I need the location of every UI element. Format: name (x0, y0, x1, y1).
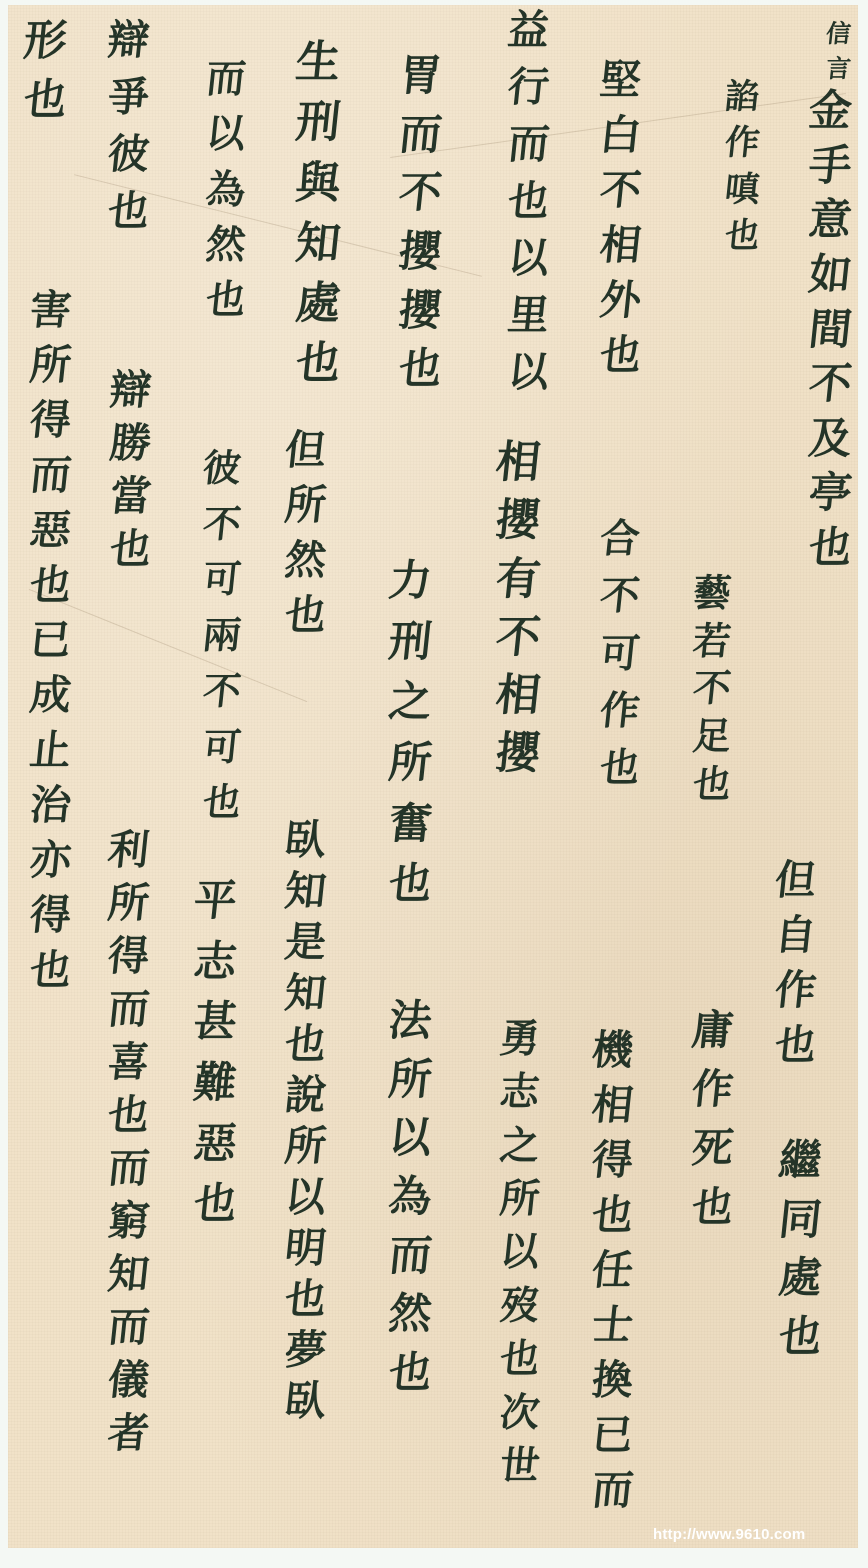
calligraphy-column: 藝若不足也 (689, 575, 735, 814)
calligraphy-character: 以 (505, 238, 550, 279)
calligraphy-character: 得 (27, 400, 72, 441)
calligraphy-column: 繼同處也 (774, 1140, 826, 1375)
calligraphy-character: 自 (772, 915, 817, 956)
calligraphy-character: 處 (776, 1257, 823, 1300)
calligraphy-character: 不 (598, 577, 641, 616)
calligraphy-column: 但所然也 (280, 430, 330, 650)
calligraphy-character: 形 (21, 20, 68, 63)
calligraphy-character: 儀 (105, 1360, 150, 1401)
calligraphy-character: 之 (386, 681, 433, 724)
calligraphy-character: 所 (282, 1126, 327, 1167)
calligraphy-character: 窮 (105, 1201, 150, 1242)
calligraphy-character: 而 (105, 1307, 150, 1348)
calligraphy-character: 利 (105, 830, 150, 871)
calligraphy-character: 也 (589, 1195, 634, 1236)
calligraphy-character: 不 (494, 615, 543, 659)
calligraphy-character: 益 (505, 10, 550, 51)
calligraphy-character: 金 (806, 90, 853, 133)
calligraphy-character: 知 (105, 1254, 150, 1295)
calligraphy-character: 也 (27, 565, 72, 606)
calligraphy-character: 知 (282, 871, 327, 912)
calligraphy-character: 而 (505, 124, 550, 165)
calligraphy-column: 辯勝當也 (105, 370, 155, 582)
calligraphy-column: 但自作也 (770, 860, 820, 1080)
calligraphy-character: 也 (505, 181, 550, 222)
calligraphy-character: 作 (723, 126, 761, 160)
calligraphy-character: 得 (589, 1140, 634, 1181)
calligraphy-column: 勇志之所以歿也次世 (496, 1020, 544, 1500)
calligraphy-character: 相 (494, 440, 543, 484)
calligraphy-character: 然 (386, 1293, 433, 1336)
calligraphy-character: 亭 (806, 472, 853, 515)
calligraphy-character: 惡 (27, 510, 72, 551)
calligraphy-character: 彼 (201, 450, 243, 488)
calligraphy-character: 也 (806, 527, 853, 570)
calligraphy-character: 可 (201, 729, 243, 767)
calligraphy-character: 以 (282, 1177, 327, 1218)
calligraphy-character: 外 (597, 280, 642, 321)
calligraphy-character: 奮 (386, 803, 433, 846)
calligraphy-character: 得 (27, 895, 72, 936)
calligraphy-character: 不 (201, 506, 243, 544)
calligraphy-character: 然 (282, 540, 327, 581)
calligraphy-character: 也 (396, 348, 443, 391)
calligraphy-character: 當 (107, 476, 152, 517)
calligraphy-character: 不 (806, 363, 853, 406)
calligraphy-character: 也 (105, 1095, 150, 1136)
calligraphy-character: 夢 (282, 1330, 327, 1371)
calligraphy-character: 已 (589, 1415, 634, 1456)
calligraphy-character: 手 (806, 145, 853, 188)
calligraphy-character: 成 (27, 675, 72, 716)
calligraphy-character: 任 (589, 1250, 634, 1291)
calligraphy-character: 也 (386, 1352, 433, 1395)
calligraphy-column: 利所得而喜也而窮知而儀者 (103, 830, 153, 1466)
calligraphy-character: 甚 (191, 1001, 238, 1044)
calligraphy-character: 也 (282, 1024, 327, 1065)
calligraphy-character: 者 (105, 1413, 150, 1454)
calligraphy-character: 而 (105, 1148, 150, 1189)
calligraphy-character: 以 (498, 1233, 541, 1272)
calligraphy-character: 也 (27, 950, 72, 991)
calligraphy-character: 作 (689, 1069, 734, 1110)
calligraphy-character: 辯 (107, 370, 152, 411)
calligraphy-character: 信 (824, 22, 851, 47)
calligraphy-character: 刑 (386, 621, 433, 664)
calligraphy-character: 所 (498, 1180, 541, 1219)
calligraphy-character: 言 (824, 57, 851, 82)
calligraphy-character: 藝 (691, 575, 733, 613)
calligraphy-character: 勇 (498, 1020, 541, 1059)
calligraphy-character: 也 (282, 1279, 327, 1320)
calligraphy-column: 信言 (823, 22, 853, 91)
calligraphy-column: 而以為然也 (202, 60, 250, 337)
calligraphy-character: 也 (105, 191, 150, 232)
calligraphy-column: 諂作嗔也 (721, 80, 763, 266)
watermark-url: http://www.9610.com (653, 1526, 805, 1543)
calligraphy-character: 胃 (396, 55, 443, 98)
calligraphy-character: 也 (201, 784, 243, 822)
calligraphy-character: 處 (294, 281, 343, 325)
calligraphy-character: 同 (776, 1199, 823, 1242)
calligraphy-character: 明 (282, 1228, 327, 1269)
calligraphy-character: 生 (294, 40, 343, 84)
calligraphy-character: 然 (204, 226, 247, 265)
calligraphy-character: 而 (204, 60, 247, 99)
calligraphy-character: 亦 (27, 840, 72, 881)
calligraphy-character: 換 (589, 1360, 634, 1401)
calligraphy-character: 志 (191, 941, 238, 984)
calligraphy-character: 但 (772, 860, 817, 901)
calligraphy-character: 可 (201, 561, 243, 599)
calligraphy-character: 攖 (494, 498, 543, 542)
calligraphy-character: 相 (494, 673, 543, 717)
calligraphy-character: 有 (494, 557, 543, 601)
calligraphy-character: 也 (598, 749, 641, 788)
calligraphy-character: 喜 (105, 1042, 150, 1083)
calligraphy-character: 以 (386, 1117, 433, 1160)
calligraphy-character: 歿 (498, 1287, 541, 1326)
calligraphy-column: 彼不可兩不可也 (199, 450, 245, 840)
calligraphy-character: 不 (396, 172, 443, 215)
calligraphy-column: 合不可作也 (596, 520, 644, 807)
calligraphy-character: 諂 (723, 80, 761, 114)
calligraphy-character: 與 (294, 161, 343, 205)
calligraphy-character: 所 (27, 345, 72, 386)
calligraphy-character: 不 (597, 170, 642, 211)
calligraphy-character: 作 (598, 692, 641, 731)
calligraphy-character: 及 (806, 418, 853, 461)
calligraphy-column: 生刑與知處也 (291, 40, 345, 402)
calligraphy-character: 所 (282, 485, 327, 526)
calligraphy-character: 辯 (105, 20, 150, 61)
calligraphy-character: 也 (597, 335, 642, 376)
calligraphy-column: 害所得而惡也已成止治亦得也 (25, 290, 75, 1005)
calligraphy-character: 難 (191, 1062, 238, 1105)
calligraphy-character: 可 (598, 635, 641, 674)
calligraphy-character: 刑 (294, 100, 343, 144)
calligraphy-column: 辯爭彼也 (103, 20, 153, 248)
calligraphy-column: 機相得也任士換已而 (587, 1030, 637, 1525)
calligraphy-character: 害 (27, 290, 72, 331)
calligraphy-column: 法所以為而然也 (384, 1000, 436, 1410)
calligraphy-character: 也 (691, 766, 733, 804)
calligraphy-character: 止 (27, 730, 72, 771)
calligraphy-character: 攖 (494, 731, 543, 775)
calligraphy-character: 白 (597, 115, 642, 156)
calligraphy-character: 意 (806, 199, 853, 242)
calligraphy-character: 合 (598, 520, 641, 559)
calligraphy-character: 里 (505, 295, 550, 336)
calligraphy-character: 也 (772, 1025, 817, 1066)
calligraphy-character: 也 (689, 1187, 734, 1228)
calligraphy-character: 也 (21, 79, 68, 122)
calligraphy-character: 平 (191, 880, 238, 923)
calligraphy-character: 已 (27, 620, 72, 661)
calligraphy-character: 法 (386, 1000, 433, 1043)
calligraphy-character: 次 (498, 1394, 541, 1433)
calligraphy-column: 形也 (19, 20, 71, 137)
calligraphy-column: 臥知是知也說所以明也夢臥 (280, 820, 330, 1432)
calligraphy-character: 也 (386, 863, 433, 906)
calligraphy-character: 如 (806, 254, 853, 297)
calligraphy-column: 平志甚難惡也 (189, 880, 241, 1244)
calligraphy-character: 世 (498, 1447, 541, 1486)
calligraphy-character: 臥 (282, 820, 327, 861)
calligraphy-character: 也 (776, 1316, 823, 1359)
calligraphy-character: 志 (498, 1073, 541, 1112)
calligraphy-character: 若 (691, 623, 733, 661)
calligraphy-character: 治 (27, 785, 72, 826)
calligraphy-column: 金手意如間不及亭也 (804, 90, 856, 582)
calligraphy-character: 攖 (396, 290, 443, 333)
calligraphy-character: 而 (105, 989, 150, 1030)
calligraphy-character: 不 (691, 670, 733, 708)
calligraphy-character: 之 (498, 1127, 541, 1166)
calligraphy-character: 相 (589, 1085, 634, 1126)
calligraphy-character: 嗔 (723, 173, 761, 207)
calligraphy-column: 堅白不相外也 (595, 60, 645, 390)
calligraphy-character: 所 (386, 742, 433, 785)
calligraphy-character: 也 (282, 595, 327, 636)
calligraphy-character: 惡 (191, 1123, 238, 1166)
calligraphy-character: 行 (505, 67, 550, 108)
calligraphy-character: 也 (294, 341, 343, 385)
calligraphy-character: 力 (386, 560, 433, 603)
calligraphy-column: 庸作死也 (687, 1010, 737, 1246)
calligraphy-character: 攖 (396, 231, 443, 274)
calligraphy-character: 而 (396, 114, 443, 157)
calligraphy-character: 而 (386, 1235, 433, 1278)
calligraphy-character: 但 (282, 430, 327, 471)
calligraphy-character: 所 (386, 1059, 433, 1102)
calligraphy-column: 益行而也以里以 (503, 10, 553, 409)
calligraphy-character: 也 (723, 219, 761, 253)
calligraphy-character: 得 (105, 936, 150, 977)
calligraphy-column: 胃而不攖攖也 (394, 55, 446, 407)
calligraphy-character: 為 (204, 171, 247, 210)
calligraphy-character: 也 (107, 529, 152, 570)
calligraphy-character: 是 (282, 922, 327, 963)
calligraphy-character: 臥 (282, 1381, 327, 1422)
calligraphy-character: 知 (282, 973, 327, 1014)
calligraphy-character: 士 (589, 1305, 634, 1346)
calligraphy-character: 死 (689, 1128, 734, 1169)
calligraphy-character: 也 (191, 1183, 238, 1226)
calligraphy-character: 兩 (201, 617, 243, 655)
calligraphy-character: 以 (204, 115, 247, 154)
calligraphy-character: 作 (772, 970, 817, 1011)
calligraphy-character: 所 (105, 883, 150, 924)
calligraphy-character: 也 (498, 1340, 541, 1379)
calligraphy-character: 相 (597, 225, 642, 266)
calligraphy-character: 勝 (107, 423, 152, 464)
calligraphy-character: 爭 (105, 77, 150, 118)
calligraphy-character: 機 (589, 1030, 634, 1071)
calligraphy-character: 間 (806, 309, 853, 352)
calligraphy-character: 而 (589, 1470, 634, 1511)
calligraphy-character: 堅 (597, 60, 642, 101)
calligraphy-character: 以 (505, 352, 550, 393)
calligraphy-character: 知 (294, 221, 343, 265)
calligraphy-character: 繼 (776, 1140, 823, 1183)
calligraphy-character: 彼 (105, 134, 150, 175)
calligraphy-column: 力刑之所奮也 (384, 560, 436, 924)
calligraphy-character: 足 (691, 718, 733, 756)
calligraphy-character: 也 (204, 281, 247, 320)
calligraphy-column: 相攖有不相攖 (491, 440, 545, 790)
calligraphy-character: 不 (201, 673, 243, 711)
calligraphy-character: 而 (27, 455, 72, 496)
calligraphy-character: 為 (386, 1176, 433, 1219)
calligraphy-character: 說 (282, 1075, 327, 1116)
calligraphy-character: 庸 (689, 1010, 734, 1051)
